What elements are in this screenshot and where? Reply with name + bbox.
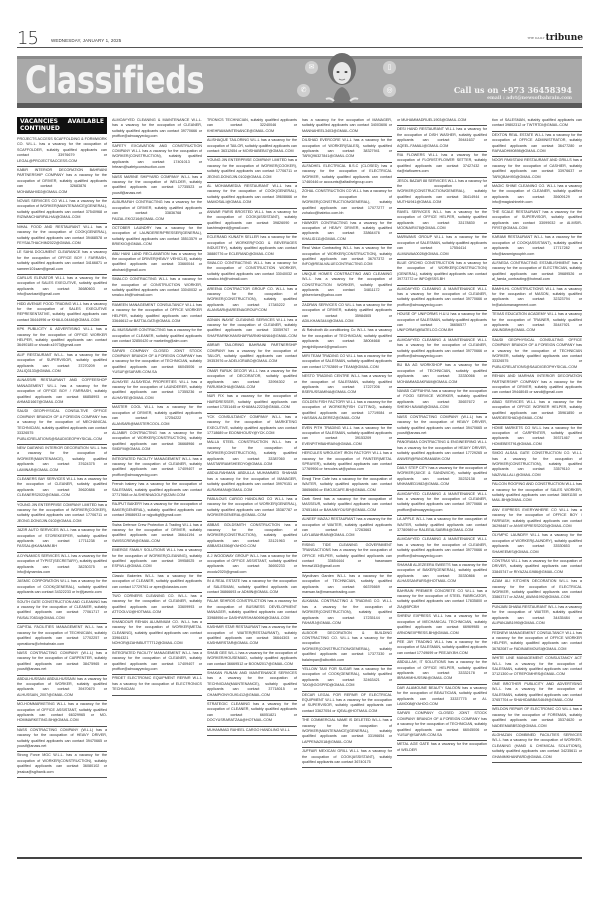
classified-ad: WHITE LINE MANAGEMENT CONSULTANCY ACT W.…: [492, 655, 582, 681]
classified-ad: NESTO TRADING CENTRE W.L.L has a vacancy…: [302, 373, 392, 399]
page-bottom-rule: [17, 857, 582, 859]
classified-ad: RIA FLOWERS W.L.L has a vacancy for the …: [397, 152, 487, 178]
classified-ad: KPK PUBLICITY & ADVERTISING W.L.L has a …: [17, 326, 107, 352]
banner-strip: [17, 103, 582, 108]
classified-ad: SAUDI GEOPHYSICAL CONSULTIVE OFFICE COMP…: [17, 408, 107, 444]
column-3: TRONICS TECHNICIAN, suitably qualified a…: [207, 117, 297, 857]
classified-ad: TRONICS TECHNICIAN, suitably qualified a…: [207, 117, 297, 137]
classified-ad: SHREW EXPRESS W.L.L has a vacancy for th…: [397, 613, 487, 639]
classified-ad: SOUTH GATE CONSTRUCTION AND CLEANING has…: [17, 599, 107, 625]
classified-ad: NASS CONTRACTING COMPANY (W.L.L) has a v…: [397, 414, 487, 440]
classified-ad: RAJPUT BAKERY has a vacancy for the occu…: [112, 501, 202, 521]
classified-ad: ALMOAYYED CLEANING & MAINTENANCE W.L.L h…: [397, 491, 487, 517]
column-5: or MUHAMMADRUEL1903@GMAIL.COMDESI HAND R…: [397, 117, 487, 857]
classified-ad: CARLUS ELEVATOR W.L.L has a vacancy for …: [17, 275, 107, 301]
classified-ad: HERCULES WROUGHT IRON FACTORY W.L.L has …: [302, 450, 392, 476]
classified-ad: FEDNEW MANAGEMENT CONSULTANCY W.L.L has …: [492, 630, 582, 656]
classified-ad: ONE BROTHER PUBLICITY AND ADVERTISING W.…: [492, 681, 582, 707]
classified-ad: ABRAR TAILORING BAHRAINI PARTNERSHIP COM…: [207, 342, 297, 368]
classified-ad: FALAK SEHROS CONSTRUCTION has a vacancy …: [207, 598, 297, 624]
tribune-logo: THE DAILYtribune: [527, 33, 583, 43]
classified-ad: ALFADHEL ELECTRICAL B.S.C (CLOSED) has a…: [302, 163, 392, 189]
classified-ad: ALMOAYYED CLEANING & MAINTENANCE W.L.L h…: [397, 337, 487, 363]
classified-ad: HOUSE OF UNIFORMS H.U.U has a vacancy fo…: [397, 311, 487, 337]
phone-icon: ✆: [297, 84, 310, 97]
classified-ad: ALHAYEE ALSAYEDA PROPERTIES W.L.L has a …: [112, 379, 202, 405]
classified-ad: DILSHAD EVERCORE W.L.L has a vacancy for…: [302, 137, 392, 163]
classified-ad: MO-HOMMARKETING W.L.L has a vacancy for …: [17, 701, 107, 727]
classified-ad: JESOL BAZAR 88 SERVICES W.L.L has a vaca…: [397, 178, 487, 209]
classified-ad: ABDULLAH, IT SOLUTIONS has a vacancy for…: [397, 659, 487, 685]
classified-ad: TWO CORNERS CLEANING CO. W.L.L has a vac…: [112, 593, 202, 619]
classified-ad: DECAR LEGAL FOR REPAIR OF ELECTRICAL EQU…: [302, 692, 392, 718]
classified-ad: RISING TIDE CLEANING GOVERNMENT TRANSACT…: [302, 542, 392, 573]
classified-ad: NASS MARINE SHIPYARD COMPANY W.L.L has a…: [112, 174, 202, 200]
classified-ad: has a vacancy for the occupation of MANA…: [302, 117, 392, 137]
classifieds-banner: Classifieds ✉ ✆ ▯ ◎ Call us on +973 3645…: [17, 56, 582, 108]
classified-ad: ALNEEF MAZAJ RESTAURANT has a vacancy fo…: [302, 516, 392, 542]
globe-icon: ◎: [383, 84, 396, 97]
classified-ad: ABDULRAHMAN ABDULLA MUHAMMED SHAHAB has …: [207, 470, 297, 496]
classified-ad: DEXTON REAL ESTATE W.L.L has a vacancy f…: [492, 132, 582, 158]
classified-ad: JASMIC CORPORATION W.L.L has a vacancy f…: [17, 578, 107, 598]
classified-ad: ANWAR PARIS BROSTED W.L.L has a vacancy …: [207, 209, 297, 235]
classified-ad: RAMEEN MANAGEMENT CONSULTANCY W.L.L has …: [112, 302, 202, 328]
classified-ad: CLEANERS BAY SERVICES W.L.L has a vacanc…: [17, 476, 107, 502]
classified-ad: INTEGRATED FACILITY MANAGEMENT W.L.L has…: [112, 650, 202, 676]
classified-ad: Strong Force MGC W.L.L. has a vacancy fo…: [17, 752, 107, 778]
classified-ad: ABU HANI LAND RECLAMATION has a vacancy …: [112, 251, 202, 277]
classified-ad: Swiss Defence Crew Protection & Trading …: [112, 522, 202, 548]
page-number: 15: [17, 28, 38, 49]
classified-ad: ALBURAFAH CONTRACTING has a vacancy for …: [112, 199, 202, 225]
classified-ad: ALGHAZAN COMBINED FACILITIES SERVICES W.…: [492, 732, 582, 763]
classified-ad: THE SCALE RESTAURANT has a vacancy for t…: [492, 209, 582, 235]
classified-ad: JAZIR AUTO SERVICES W.L.L has a vacancy …: [17, 527, 107, 553]
classified-ad: SMALCO CONTRACTING W.L.L has a vacancy f…: [112, 276, 202, 302]
classified-ad: ABBAS GOLDSMITH CONSTRUCTION has a vacan…: [207, 522, 297, 553]
classified-ad: YCK CONSULTANCY COMPANY W.L.L has a vaca…: [207, 414, 297, 440]
classified-ad: MIRI TEAM TRADING CO W.L.L has a vacancy…: [302, 353, 392, 373]
classified-ad: OLYMPIC LAUNDRY W.L.L has a vacancy for …: [492, 532, 582, 558]
column-6: tion of SALESMAN, suitably qualified app…: [492, 117, 582, 857]
classified-ad: AREENA CONTRACTOR GROUP CO. W.L.L has a …: [207, 286, 297, 317]
issue-date: WEDNESDAY, JANUARY 1, 2025: [51, 38, 121, 43]
classified-ad: PEE JAY TRADING W.L.L has a vacancy for …: [397, 639, 487, 659]
banner-title: Classifieds: [25, 59, 204, 102]
classified-ad: RAVEL SERVICES W.L.L has a vacancy for t…: [397, 209, 487, 235]
classified-ad: A J WOODWAY GROUP W.L.L has a vacancy fo…: [207, 553, 297, 579]
classified-ad: BU BA AG WORKSHOP has a vacancy for the …: [397, 362, 487, 388]
classified-ad: EMERGE FAMILY SOLUTIONS W.L.L has a vaca…: [112, 547, 202, 573]
classified-ad: NOVAS SERVICES CO W.L.L has a vacancy fo…: [17, 198, 107, 224]
classified-ad: MAGIC SHINE CLEANING CO. W.L.L has a vac…: [492, 183, 582, 209]
classified-ad: tion of SALESMAN, suitably qualified app…: [492, 117, 582, 132]
classified-ad: AL MUSSAWIR CONTRACTING has a vacancy fo…: [112, 327, 202, 347]
classified-ad: SAFARI COMPANY CLOSED JOINT STOCK COMPAN…: [397, 710, 487, 741]
classified-ad: HAWKER CONTRACTING has a vacancy for the…: [302, 220, 392, 246]
classified-ad: ZADRAN SERVICES CO W.L.L has a vacancy f…: [302, 302, 392, 328]
classified-ad: PUNJABI DHABA RESTAURANT W.L.L has a vac…: [492, 604, 582, 630]
classified-ad: NEW DAEWNG INTERIOR DECORATION W.L.L has…: [17, 445, 107, 476]
classified-ad: NOOR PAKISTANI RESTAURANT AND GRILLS has…: [492, 157, 582, 183]
classified-ad: MASTER COOL W.L.L has a vacancy for the …: [112, 404, 202, 430]
classified-ad: Classic Bakeries W.L.L has a vacancy for…: [112, 573, 202, 593]
classified-ad: Real Value Contracting W.L.L has a vacan…: [302, 245, 392, 271]
call-number: Call us on +973 36458394: [454, 85, 572, 95]
classified-ad: NUR FIX has a vacancy for the occupation…: [207, 393, 297, 413]
classified-ad: GOLDEN FISH FACTORY W.L.L has a vacancy …: [302, 399, 392, 425]
contact-email: email : advt@newsofbahrain.com: [487, 96, 572, 101]
classified-ad: ABAD SERVICES W.L.L has a vacancy for th…: [492, 399, 582, 425]
classified-ad: KHANDOUR REHAN ALUMINIUM CO. W.L.L has a…: [112, 619, 202, 650]
mascot-illustration: [324, 53, 360, 108]
classified-ad: BAMHI-HL CONSTRUCTIONS W.L.L has a vacan…: [492, 286, 582, 312]
classified-ad: OCTOBER LAUNDRY has a vacancy for the oc…: [112, 225, 202, 251]
classified-ad: BAHRAIN PREMIER CONCRETE CO W.L.L has a …: [397, 588, 487, 614]
classified-ad: KARAMI RESTAURANT W.L.L has a vacancy fo…: [492, 234, 582, 260]
classified-ad: AL MOHAMMEDIA RESTAURANT W.L.L has a vac…: [207, 183, 297, 209]
column-4: has a vacancy for the occupation of MANA…: [302, 117, 392, 857]
email-icon: ✉: [305, 61, 318, 74]
classified-ad: ALNASSIRI RESTAURANT AND COFFEESHOP MANA…: [17, 377, 107, 408]
classified-ad: ALJABIR CONTRACTING has a vacancy for th…: [112, 430, 202, 456]
classified-ad: HOME MARKETS CO W.L.L has a vacancy for …: [492, 425, 582, 451]
mobile-icon: ▯: [383, 61, 396, 74]
classified-ad: ALKAMAL CONTRACTING & TRADING CO. W.L.L …: [302, 598, 392, 629]
classified-ad: NAVAB CAFFAHIYA has a vacancy for the oc…: [397, 388, 487, 414]
classified-ad: ANV EXPRESS EVERYWHERE CO W.L.L has a va…: [492, 507, 582, 533]
classified-ad: SHAHAB ALJEZEERA SWEETS has a vacancy fo…: [397, 562, 487, 588]
classified-ad: JUFFAIR MEXICAN GRILL W.L.L has a vacanc…: [302, 748, 392, 768]
classified-ad: ABDULHUSSAIN ABDULHUSSAIN has a vacancy …: [17, 676, 107, 702]
page-folio: 15 WEDNESDAY, JANUARY 1, 2025 THE DAILYt…: [17, 34, 583, 48]
classified-columns: VACANCIES AVAILABLE CONTINUED PROJECTS A…: [17, 117, 582, 857]
classified-ad: AZAM ALI KITCHEN DECORATION W.L.L has a …: [492, 578, 582, 604]
classified-ad: ALIF RESTAURANT W.L.L. has a vacancy for…: [17, 352, 107, 378]
section-heading: VACANCIES AVAILABLE CONTINUED: [17, 117, 107, 134]
classified-ad: Wyndham Garden W.L.L has a vacancy for t…: [302, 573, 392, 599]
classified-ad: INTEGRATED FACILITY MANAGEMENT W.L.L has…: [112, 456, 202, 482]
classified-ad: TEXAS EDUCATION ACADEMY W.L.L has a vaca…: [492, 311, 582, 337]
classified-ad: FALCON ROOFING AND CONSTRUCTION W.L.L ha…: [492, 481, 582, 507]
classified-ad: SMOG ALSAIL GATE CONSTRUCTION CO. W.L.L …: [492, 450, 582, 481]
classified-ad: Al Rahoboth Air-conditioning Co W.L.L ha…: [302, 327, 392, 353]
classified-ad: MUHAMMAD RAHEEL CARGO HANDLING W.L.L: [207, 727, 297, 736]
classified-ad: SHAIB GEE W.L.L has a vacancy for the oc…: [207, 650, 297, 670]
classified-ad: CONTRAX W.L.L has a vacancy for the occu…: [492, 558, 582, 578]
classified-ad: PANORAMA CONTRACTING & ENGINEERING W.L.L…: [397, 439, 487, 465]
logo-prefix: THE DAILY: [527, 36, 544, 40]
logo-text: tribune: [546, 33, 583, 43]
classified-ad: THE COMMERCIAL NAME IS DELETED W.L.L has…: [302, 717, 392, 748]
classified-ad: ALBOOR DECORATION & BUILDING CONTRACTING…: [302, 630, 392, 666]
classified-ad: OMAR FARUK DECOR W.L.L has a vacancy for…: [207, 368, 297, 394]
classified-ad: WELDON REPAIR OF ELECTRONIC CO W.L.L has…: [492, 706, 582, 732]
classified-ad: French bakery has a vacancy for the occu…: [112, 481, 202, 501]
classified-ad: ADNAN INAYAT CLEANING SERVICES W.L.L has…: [207, 317, 297, 343]
classified-ad: FABULOUS CARGO HANDLING CO W.L.L has a v…: [207, 496, 297, 522]
classified-ad: ALMOAYYED CLEANING & MAINTENANCE W.L.L h…: [397, 286, 487, 312]
classified-ad: ALMOAYYED CLEANING & MAINTENANCE W.L.L. …: [112, 117, 202, 143]
classified-ad: BLUE ORCHID CONSTRUCTION has a vacancy f…: [397, 260, 487, 286]
classified-ad: SAUDI GEOPHYSICAL CONSULTING OFFICE COMP…: [492, 337, 582, 373]
classified-ad: SAFETY EXCAVATION AND CONSTRUCTION COMPA…: [112, 143, 202, 174]
classified-ad: YOUNG JIN ENTERPRISE COMPANY LIMITED has…: [207, 157, 297, 183]
classified-ad: Dark Seed has a vacancy for the occupati…: [302, 496, 392, 516]
classified-ad: HIDD AVENUE FOOD TRADING W.L.L has a vac…: [17, 301, 107, 327]
classified-ad: UNIQUE HOMES CONTRACTING AND CLEANING W.…: [302, 271, 392, 302]
classified-ad: ALISHAQUE TAILORING W.L.L has a vacancy …: [207, 137, 297, 157]
classified-ad: STRATEGIC CLEANING has a vacancy for the…: [207, 701, 297, 727]
classified-ad: A DYNAMICS SERVICES W.L.L has a vacancy …: [17, 553, 107, 579]
classified-ad: PROJECTS ACCESS SCAFFOLDING & FORMWORK C…: [17, 136, 107, 167]
classified-ad: REHAN AND MARHAN INTERIOR DECORATION PAR…: [492, 373, 582, 399]
classified-ad: LE SAHA DOCUMENT CLEARANCE has a vacancy…: [17, 249, 107, 275]
classified-ad: or MUHAMMADRUEL1903@GMAIL.COM: [397, 117, 487, 126]
classified-ad: Emoji Time Cafe has a vacancy for the oc…: [302, 476, 392, 496]
classified-ad: YELLOW TAXI FOR SUGAR has a vacancy for …: [302, 666, 392, 692]
classified-ad: SAFARI COMPANY CLOSED JOINT STOCK COMPAN…: [112, 348, 202, 379]
classified-ad: SHAKAN RUNAN AND MAINTENANCE SERVICES ha…: [207, 670, 297, 701]
column-2: ALMOAYYED CLEANING & MAINTENANCE W.L.L. …: [112, 117, 202, 857]
classified-ad: NIHAL FOOD AND RESTAURANT W.L.L has a va…: [17, 224, 107, 250]
classified-ad: ZOHAL CONSTRUCTION CO W.L.L has a vacanc…: [302, 188, 392, 219]
classified-ad: NASS CONTRACTING COMPANY (W.L.L) has a v…: [17, 650, 107, 676]
classified-ad: PRIDET ELECTRONIC EQUIPMENT REPAIR W.L.L…: [112, 675, 202, 695]
classified-ad: CAPITAL FACILITIES MANAGEMENT W.L.L has …: [17, 624, 107, 650]
classified-ad: METAL AGE GATE has a vacancy for the occ…: [397, 741, 487, 756]
classified-ad: YOUNG JIN ENTERPRISE COMPANY LIMITED has…: [17, 502, 107, 528]
column-1: VACANCIES AVAILABLE CONTINUED PROJECTS A…: [17, 117, 107, 857]
classified-ad: LA APPLE W.L.L has a vacancy for the occ…: [397, 516, 487, 536]
classified-ad: NASS CONTRACTING COMPANY (W.L.L) has a v…: [17, 727, 107, 753]
classified-ad: ALFAEDA CONTRACTING ESTABLISHMENT has a …: [492, 260, 582, 286]
classified-ad: KABIR INTERIOR DECORATION BAHRAINI PARTN…: [17, 167, 107, 198]
classified-ad: SMALCO CONTRACTING W.L.L has a vacancy f…: [207, 260, 297, 286]
classified-ad: MARWANS GROUP W.L.L has a vacancy for th…: [397, 234, 487, 260]
classified-ad: IN A REAL ESTATE has a vacancy for the o…: [207, 578, 297, 598]
classified-ad: DESI HAND RESTAURANT W.L.L has a vacancy…: [397, 126, 487, 152]
classified-ad: EVEN PITH TRADING W.L.L has a vacancy fo…: [302, 425, 392, 451]
classified-ad: ECLERAND KUNATH SELLER has a vacancy for…: [207, 234, 297, 260]
classified-ad: MALLA STEEL CONSTRUCTION W.L.L has a vac…: [207, 439, 297, 470]
classified-ad: DAILY STEP CITY has a vacancy for the oc…: [397, 465, 487, 491]
classified-ad: KASHMIR STAR RESTAURANT has a vacancy fo…: [207, 624, 297, 650]
classified-ad: DAR ALAMOUNE BEAUTY SALOON has a vacancy…: [397, 685, 487, 711]
classified-ad: ALMOAYYED CLEANING & MAINTENANCE W.L.L h…: [397, 536, 487, 562]
